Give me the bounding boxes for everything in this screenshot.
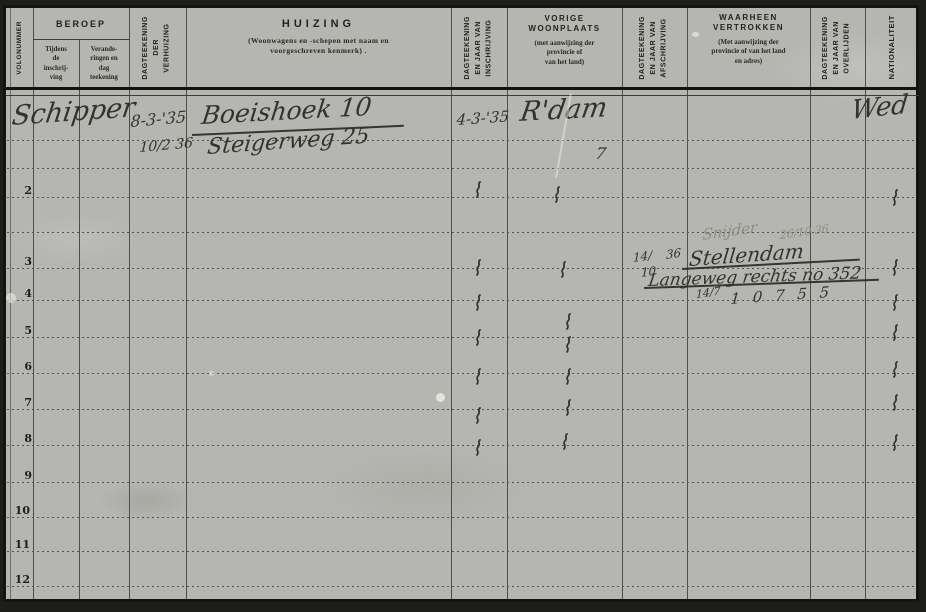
ditto-mark-icon [563,313,573,336]
ditto-mark-icon [890,189,900,212]
ditto-mark-icon [890,259,900,282]
ditto-mark-icon [890,361,900,384]
header-beroep-tijdens-label: Tijdens de inschrij- ving [44,45,69,82]
ditto-mark-icon [563,399,573,422]
column-line [810,8,811,599]
row-number: 2 [8,184,32,197]
ditto-mark-icon [890,434,900,457]
header-beroep-label: BEROEP [56,19,106,29]
column-line [687,8,688,599]
row-number: 10 [6,504,30,517]
row-line [7,197,916,198]
header-huizing-sub-label: (Woonwagens en -schepen met naam en voor… [248,36,389,56]
ditto-mark-icon [473,329,483,352]
header-beroep: BEROEP [33,10,129,38]
row-line [7,445,916,446]
row-number: 7 [8,396,32,409]
header-bottom-rule-thin [6,95,919,96]
header-beroep-veranderingen-label: Verande- ringen en dag teekening [90,45,118,82]
header-inschrijving-label: DAGTEEKENING EN JAAR VAN INSCHRIJVING [463,16,496,80]
header-verhuizing: DAGTEEKENING DER VERHUIZING [129,8,186,87]
column-line [507,8,508,599]
header-vorige-woonplaats: VORIGE WOONPLAATS (met aanwijzing der pr… [507,14,622,87]
row-number: 12 [6,573,30,586]
row-number: 8 [8,432,32,445]
ditto-mark-icon [473,407,483,430]
scan-speck [6,293,16,303]
ditto-mark-icon [473,181,483,204]
row-line [7,409,916,410]
row-line [7,482,916,483]
ditto-mark-icon [890,294,900,317]
ditto-mark-icon [473,294,483,317]
header-waarheen-label: WAARHEEN VERTROKKEN [713,13,784,34]
header-beroep-tijdens: Tijdens de inschrij- ving [33,40,79,87]
ditto-mark-icon [558,261,568,284]
ditto-mark-icon [890,324,900,347]
scan-speck [436,393,445,402]
header-huizing-label: HUIZING [282,18,355,30]
column-line [451,8,452,599]
header-afschrijving-label: DAGTEEKENING EN JAAR VAN AFSCHRIJVING [638,16,671,80]
header-overlijden: DAGTEEKENING EN JAAR VAN OVERLIJDEN [810,8,865,87]
header-vorige-woonplaats-label: VORIGE WOONPLAATS [528,14,600,35]
column-line [622,8,623,599]
row-line [7,337,916,338]
ditto-mark-icon [563,336,573,359]
header-verhuizing-label: DAGTEEKENING DER VERHUIZING [141,16,174,80]
ditto-mark-icon [563,368,573,391]
header-bottom-rule [6,87,919,90]
scan-speck [692,32,699,37]
header-overlijden-label: DAGTEEKENING EN JAAR VAN OVERLIJDEN [821,16,854,80]
row-number: 5 [8,324,32,337]
handwriting-afschrijving-year: 36 [666,246,681,262]
row-line [7,551,916,552]
header-beroep-veranderingen: Verande- ringen en dag teekening [79,40,129,87]
header-waarheen-sub-label: (Met aanwijzing der provincie of van het… [711,38,785,66]
ditto-mark-icon [473,368,483,391]
column-line [186,8,187,599]
row-line [7,168,916,169]
header-volgnummer: VOLGNUMMER [7,8,33,87]
ditto-mark-icon [552,186,562,209]
column-line [33,8,34,599]
handwriting-afschrijving-day: 14/ [633,248,652,265]
header-nationaliteit: NATIONALITEIT [865,8,918,87]
header-nationaliteit-label: NATIONALITEIT [886,15,898,79]
header-afschrijving: DAGTEEKENING EN JAAR VAN AFSCHRIJVING [622,8,687,87]
header-huizing: HUIZING (Woonwagens en -schepen met naam… [186,18,451,87]
header-vorige-woonplaats-sub-label: (met aanwijzing der provincie of van het… [535,39,595,67]
row-line [7,586,916,587]
row-number: 11 [6,538,30,551]
row-line [7,373,916,374]
header-inschrijving: DAGTEEKENING EN JAAR VAN INSCHRIJVING [451,8,507,87]
header-waarheen-vertrokken: WAARHEEN VERTROKKEN (Met aanwijzing der … [687,13,810,87]
handwriting-marital-note: Wed [850,90,910,126]
row-number: 6 [8,360,32,373]
scan-speck [209,371,214,376]
ditto-mark-icon [890,394,900,417]
header-volgnummer-label: VOLGNUMMER [15,21,25,75]
scanned-register-card: VOLGNUMMER BEROEP Tijdens de inschrij- v… [0,0,926,612]
row-number: 3 [8,255,32,268]
ditto-mark-icon [560,433,570,456]
ditto-mark-icon [473,259,483,282]
ditto-mark-icon [473,439,483,462]
row-line [7,517,916,518]
row-number: 9 [8,469,32,482]
handwriting-inschrijving-date: 4-3-'35 [456,107,510,129]
